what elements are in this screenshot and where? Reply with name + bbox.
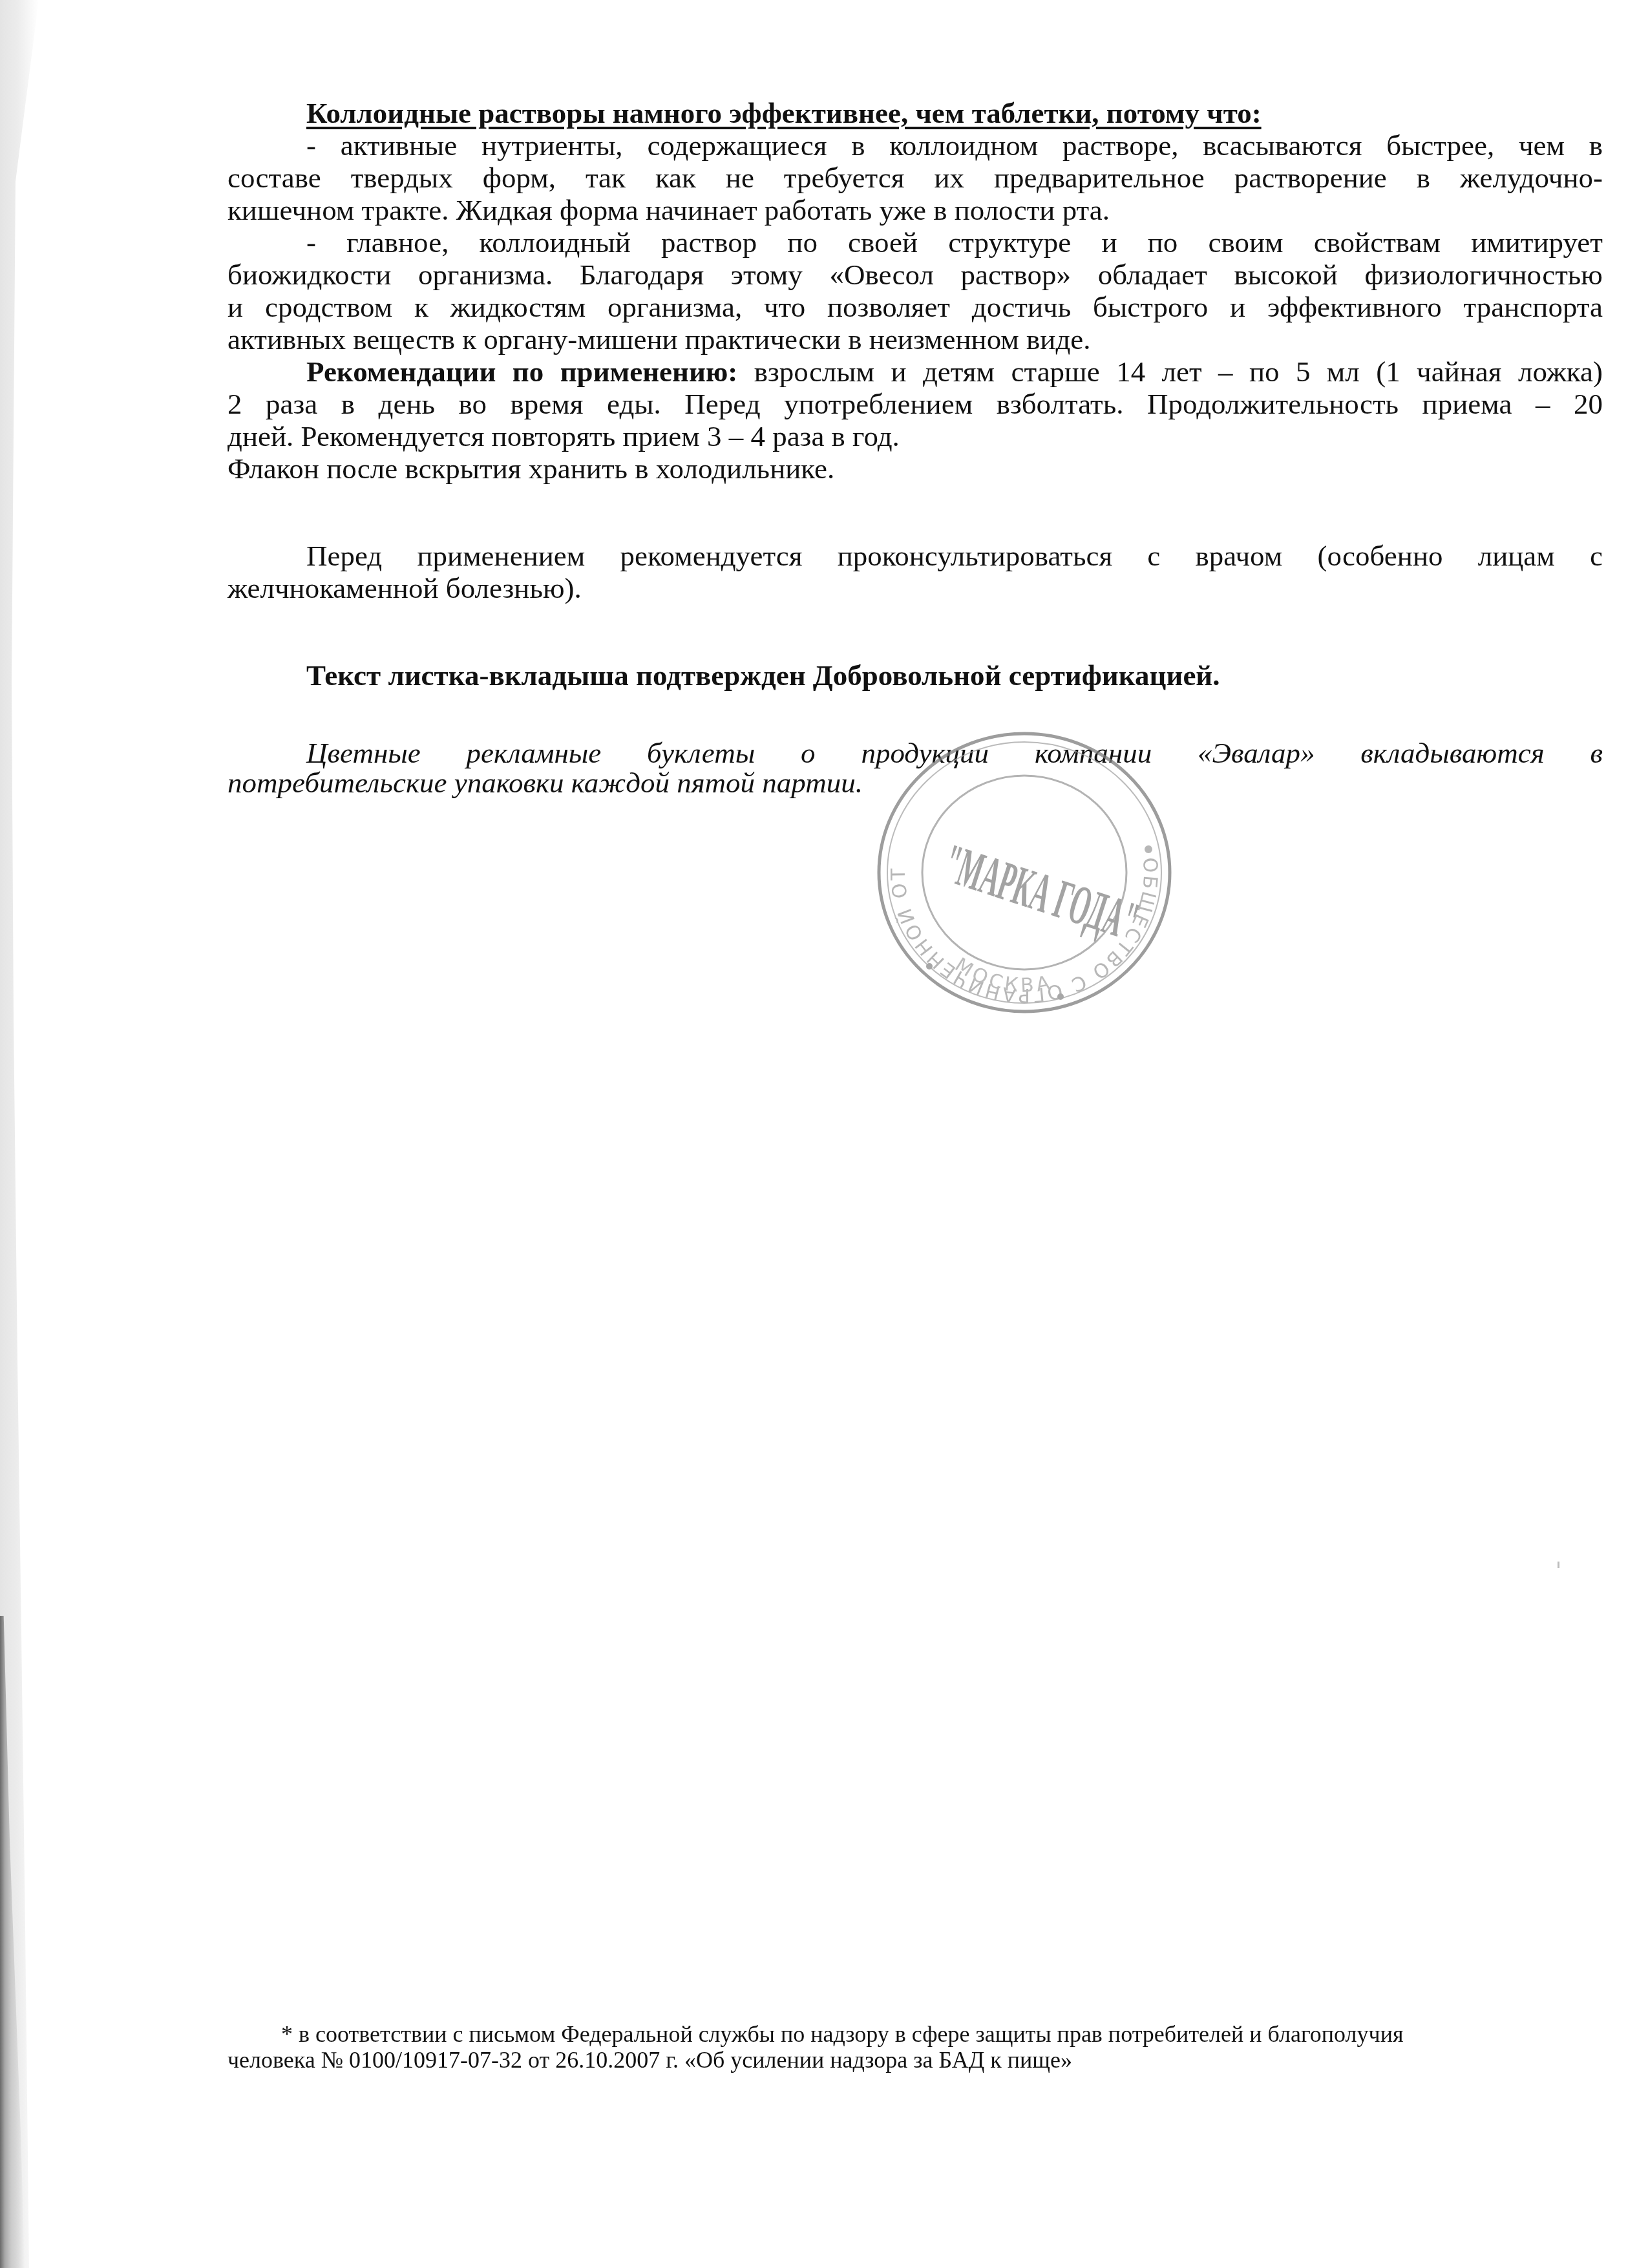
stamp-inner-ring	[922, 776, 1126, 970]
footnote-line-1: * в соответствии с письмом Федеральной с…	[227, 2021, 1603, 2047]
stamp-center-text: "МАРКА ГОДА"	[936, 832, 1146, 953]
paragraph-1-line-3: кишечном тракте. Жидкая форма начинает р…	[227, 194, 1603, 226]
paragraph-2-line-4: активных веществ к органу-мишени практич…	[227, 323, 1603, 355]
booklets-note-line-1: Цветные рекламные буклеты о продукции ко…	[227, 737, 1603, 769]
recommendations-text: взрослым и детям старше 14 лет – по 5 мл…	[737, 355, 1603, 388]
consult-note-line-2: желчнокаменной болезнью).	[227, 572, 1603, 604]
paragraph-2-line-2: биожидкости организма. Благодаря этому «…	[227, 259, 1603, 291]
recommendations-line-2: 2 раза в день во время еды. Перед употре…	[227, 388, 1603, 420]
paragraph-2-line-1: - главное, коллоидный раствор по своей с…	[227, 226, 1603, 259]
recommendations-label: Рекомендации по применению:	[306, 355, 737, 388]
booklets-note-line-2: потребительские упаковки каждой пятой па…	[227, 767, 1603, 799]
footnote-line-2: человека № 0100/10917-07-32 от 26.10.200…	[227, 2047, 1603, 2073]
certification-note: Текст листка-вкладыша подтвержден Добров…	[227, 659, 1603, 692]
paragraph-2-line-3: и сродством к жидкостям организма, что п…	[227, 291, 1603, 323]
recommendations-line-1: Рекомендации по применению: взрослым и д…	[227, 355, 1603, 388]
recommendations-line-3: дней. Рекомендуется повторять прием 3 – …	[227, 420, 1603, 452]
section-heading: Коллоидные растворы намного эффективнее,…	[227, 97, 1603, 129]
consult-note-line-1: Перед применением рекомендуется проконсу…	[227, 540, 1603, 572]
stamp-city-text: МОСКВА	[951, 953, 1055, 997]
paragraph-1-line-2: составе твердых форм, так как не требует…	[227, 162, 1603, 194]
scan-speck	[1558, 1562, 1559, 1568]
paragraph-1-line-1: - активные нутриенты, содержащиеся в кол…	[227, 129, 1603, 162]
section-heading-text: Коллоидные растворы намного эффективнее,…	[306, 97, 1262, 129]
storage-note: Флакон после вскрытия хранить в холодиль…	[227, 452, 1603, 485]
